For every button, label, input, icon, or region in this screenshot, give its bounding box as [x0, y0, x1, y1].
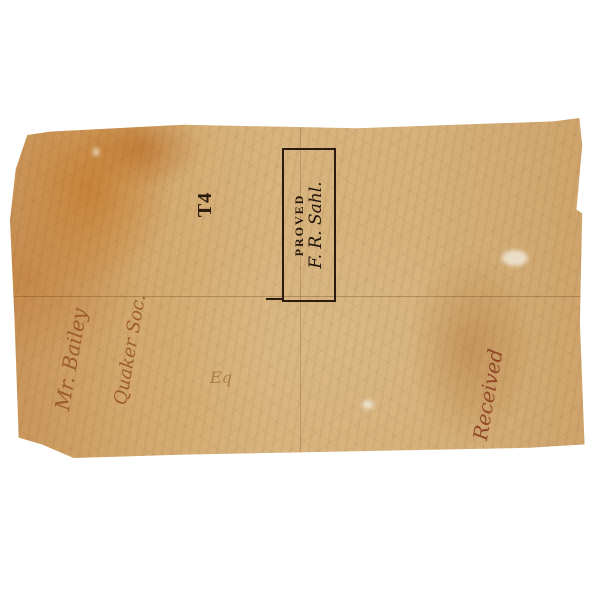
stamp-signature: F. R. Sahl.: [306, 181, 326, 268]
paper-note: T4 PROVED F. R. Sahl. Mr. Bailey Quaker …: [10, 118, 588, 458]
faint-ink-mark: Eq: [210, 368, 232, 387]
serial-marking: T4: [194, 192, 217, 217]
proved-stamp-box: PROVED F. R. Sahl.: [282, 148, 336, 302]
worn-spot: [362, 400, 374, 409]
stamp-proved-label: PROVED: [292, 194, 306, 257]
worn-spot: [502, 250, 528, 266]
worn-spot: [93, 148, 99, 156]
stamp-underline: [266, 298, 284, 300]
